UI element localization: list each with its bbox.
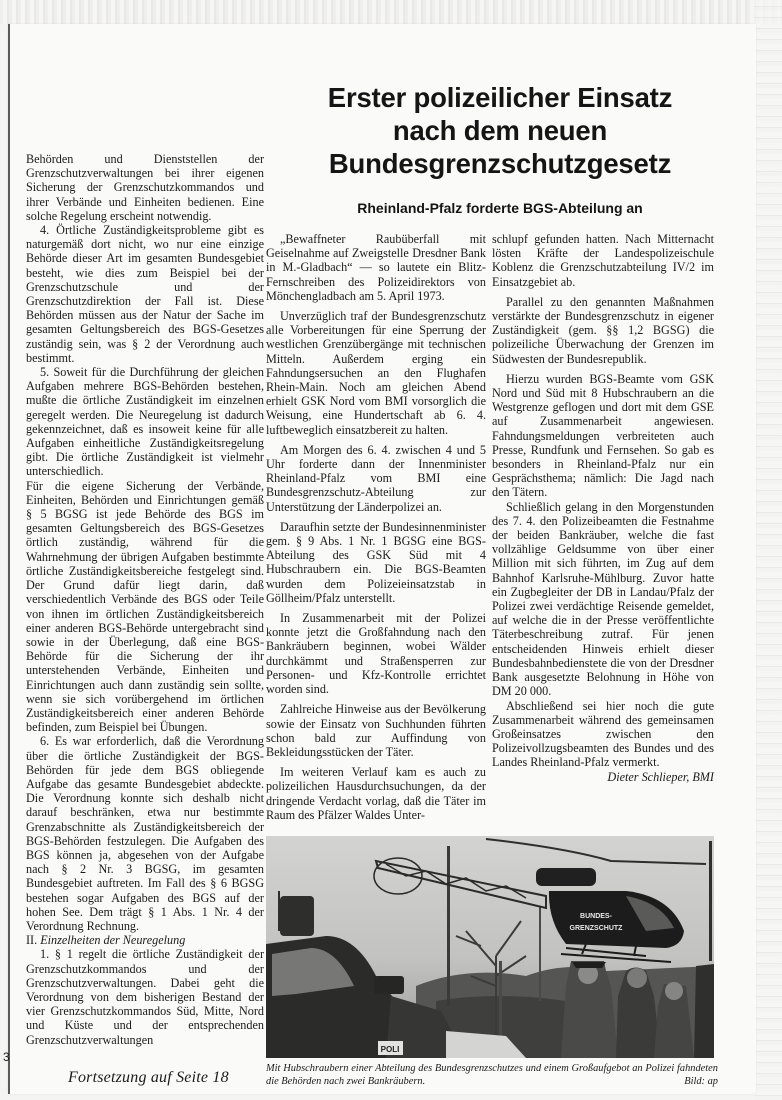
section-heading: II. Einzelheiten der Neuregelung [26,933,264,947]
left-paragraph: 4. Örtliche Zuständigkeitsprobleme gibt … [26,223,264,365]
article-paragraph: Schließlich gelang in den Morgenstunden … [492,500,714,699]
article-headline: Erster polizeilicher Einsatz nach dem ne… [280,81,720,180]
section-title: Einzelheiten der Neuregelung [40,933,185,947]
left-paragraph: Für die eigene Sicherung der Verbände, E… [26,479,264,735]
left-paragraph: 6. Es war erforderlich, daß die Verordnu… [26,734,264,933]
helicopter-label-line2: GRENZSCHUTZ [570,925,624,932]
right-column: schlupf gefunden hatten. Nach Mitternach… [492,232,714,784]
article-paragraph: schlupf gefunden hatten. Nach Mitternach… [492,232,714,289]
left-column: Behörden und Dienststellen der Grenzschu… [26,152,264,1047]
left-paragraph: 1. § 1 regelt die örtliche Zuständigkeit… [26,947,264,1046]
middle-column: „Bewaffneter Raubüberfall mit Geiselnahm… [266,232,486,822]
photo-credit: Bild: ap [684,1075,718,1088]
article-photo: BUNDES- GRENZSCHUTZ POLI [266,836,714,1058]
article-paragraph: Daraufhin setzte der Bundesinnenminister… [266,520,486,605]
article-paragraph: Am Morgen des 6. 4. zwischen 4 und 5 Uhr… [266,443,486,514]
car-plate-text: POLI [381,1045,400,1054]
article-paragraph: Parallel zu den genannten Maßnahmen vers… [492,295,714,366]
article-paragraph: Unverzüglich traf der Bundesgrenzschutz … [266,309,486,437]
article-paragraph: Abschließend sei hier noch die gute Zusa… [492,699,714,770]
left-paragraph: 5. Soweit für die Durchführung der gleic… [26,365,264,479]
headline-line: Bundesgrenzschutzgesetz [280,147,720,180]
article-subheadline: Rheinland-Pfalz forderte BGS-Abteilung a… [280,200,720,216]
helicopter-label-line1: BUNDES- [580,913,613,920]
article-paragraph: Im weiteren Verlauf kam es auch zu poliz… [266,765,486,822]
headline-line: nach dem neuen [280,114,720,147]
photo-caption: Mit Hubschraubern einer Abteilung des Bu… [266,1062,718,1088]
article-paragraph: Zahlreiche Hinweise aus der Bevölkerung … [266,702,486,759]
caption-text: Mit Hubschraubern einer Abteilung des Bu… [266,1063,718,1087]
scan-border-top [0,0,782,24]
magazine-page: Behörden und Dienststellen der Grenzschu… [8,24,756,1094]
scan-border-right [754,0,782,1100]
page-number: 3 [3,1050,10,1064]
author-byline: Dieter Schlieper, BMI [492,770,714,784]
continued-notice: Fortsetzung auf Seite 18 [68,1069,229,1087]
helicopter-scene-illustration: BUNDES- GRENZSCHUTZ POLI [266,836,714,1058]
section-number: II. [26,933,37,947]
article-paragraph: In Zusammenarbeit mit der Polizei konnte… [266,611,486,696]
left-paragraph: Behörden und Dienststellen der Grenzschu… [26,152,264,223]
article-paragraph: Hierzu wurden BGS-Beamte vom GSK Nord un… [492,372,714,500]
article-paragraph: „Bewaffneter Raubüberfall mit Geiselnahm… [266,232,486,303]
headline-line: Erster polizeilicher Einsatz [280,81,720,114]
